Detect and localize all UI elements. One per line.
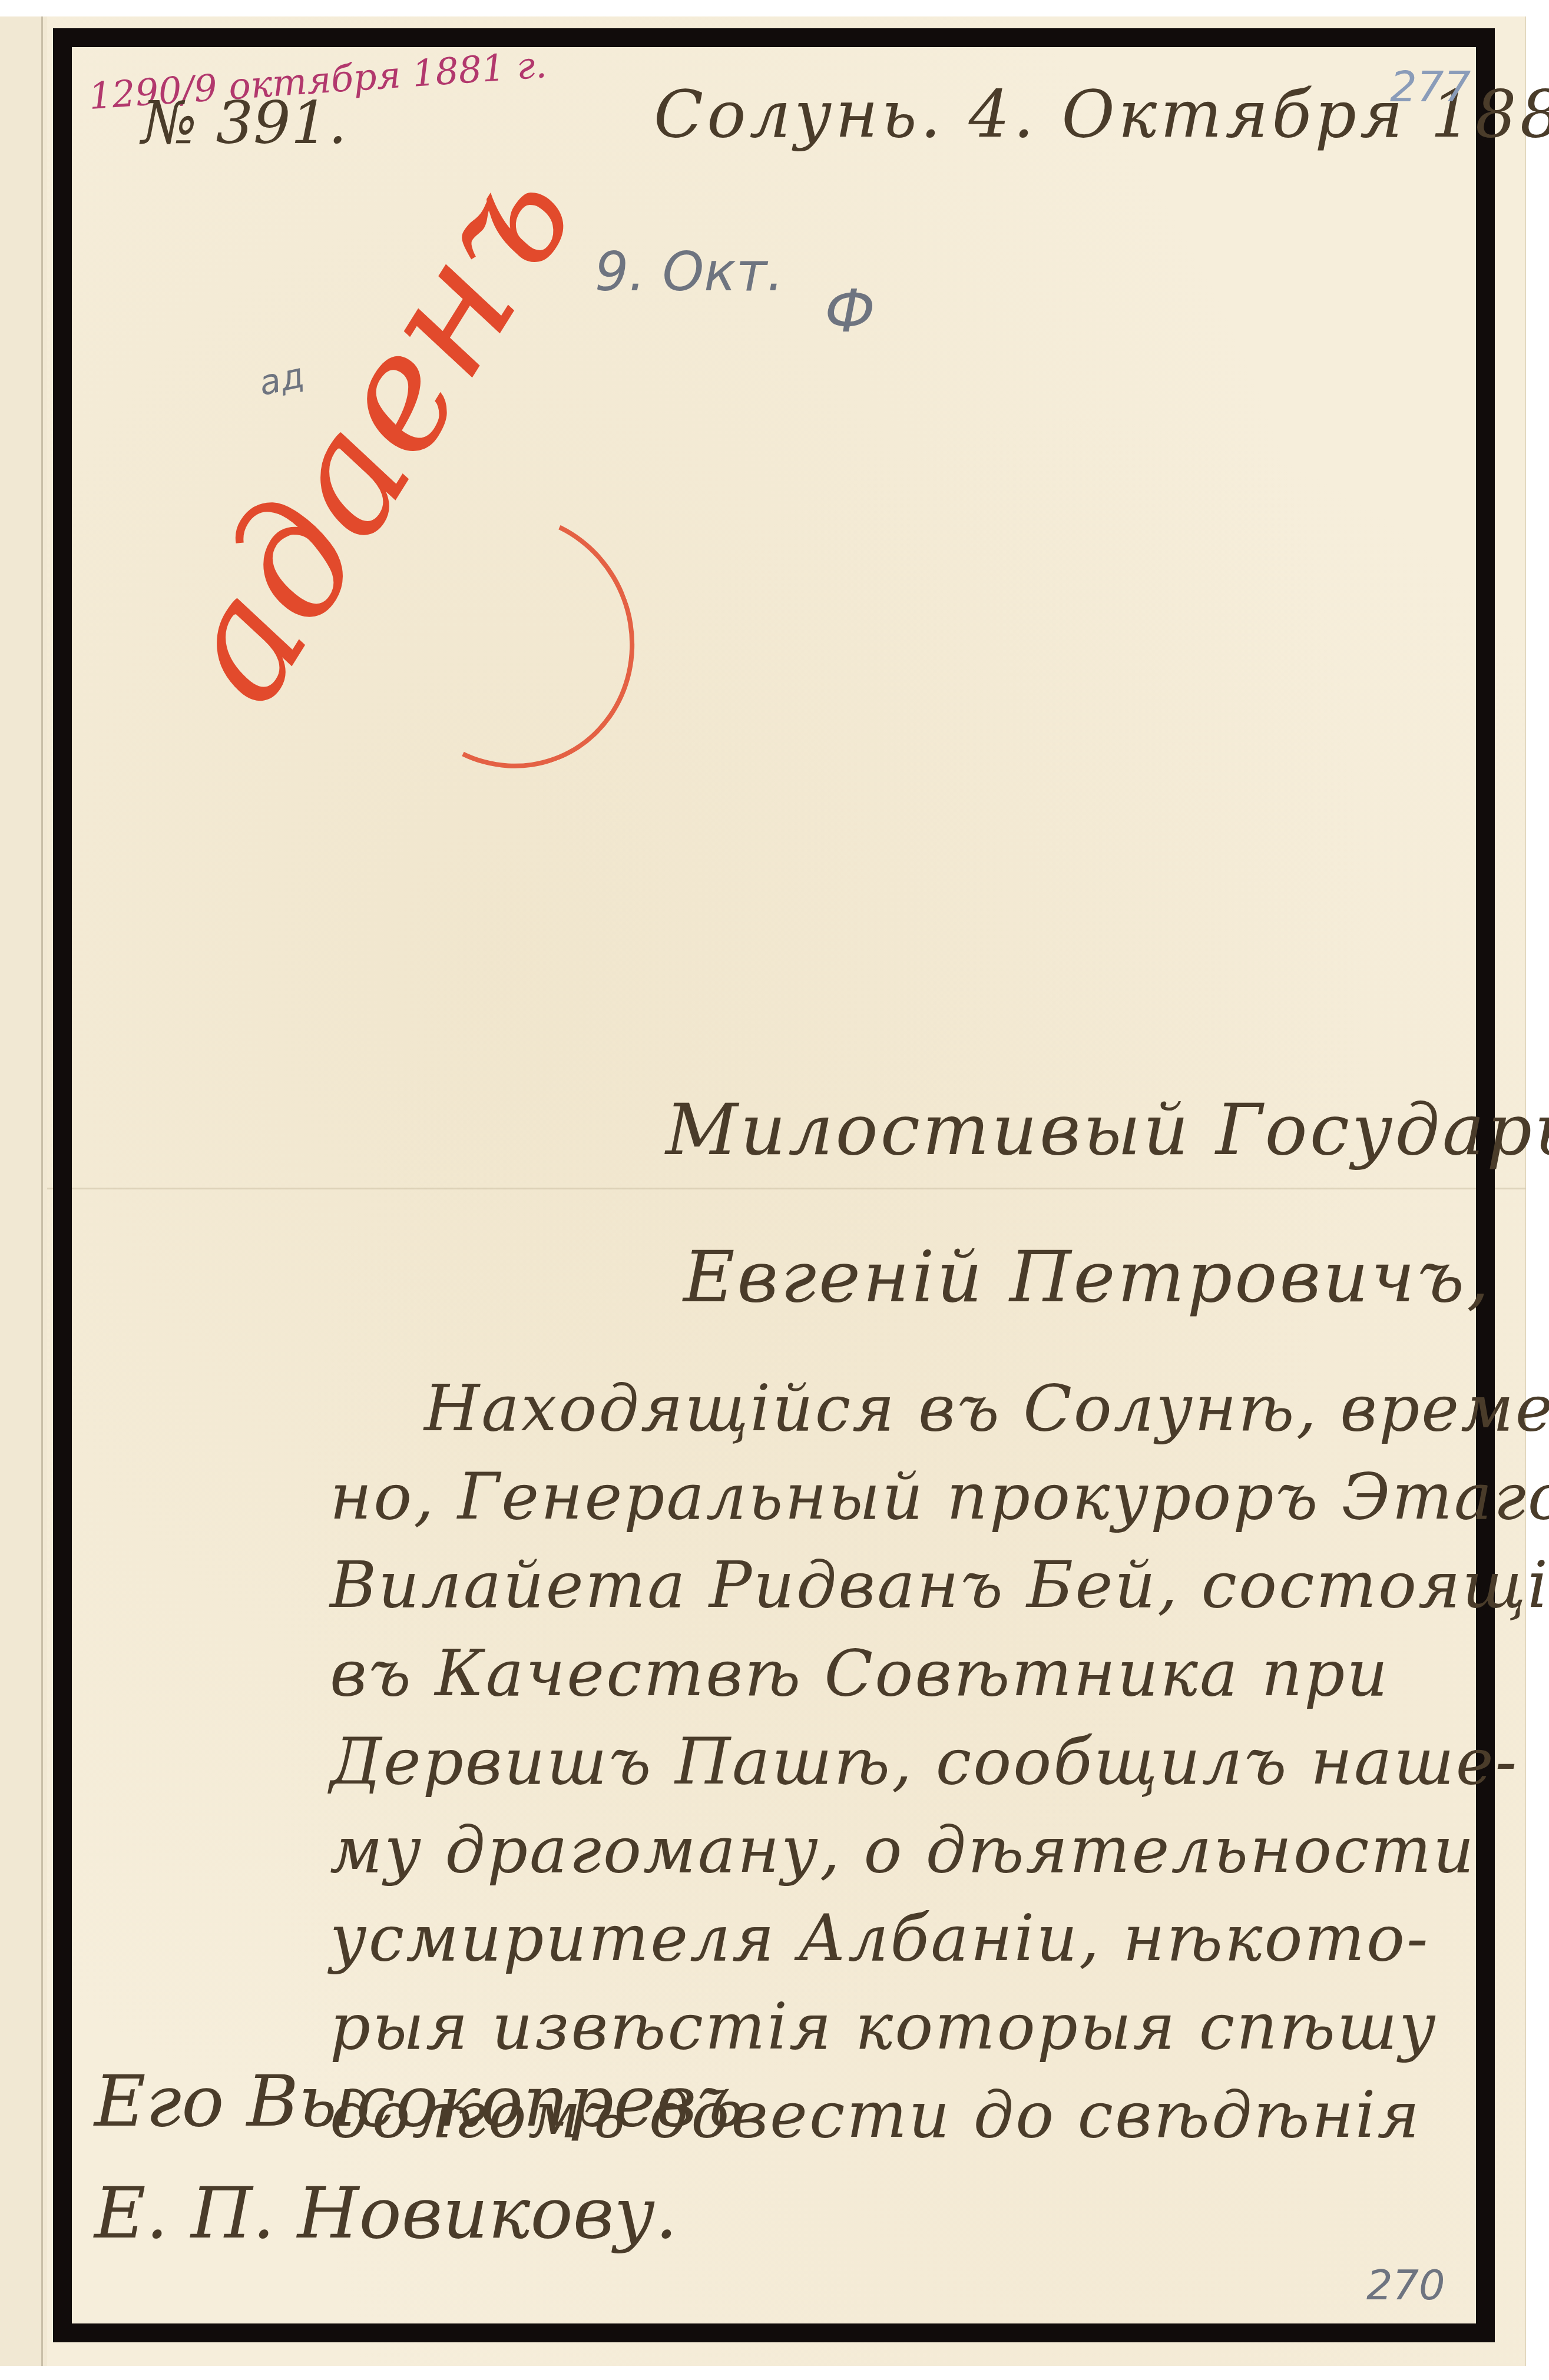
body-line: му драгоману, о дѣятельности bbox=[330, 1814, 1476, 1887]
body-line: Находящійся въ Солунѣ, времен- bbox=[424, 1372, 1549, 1446]
body-line: въ Качествѣ Совѣтника при bbox=[330, 1637, 1389, 1711]
addressee-line-2: Е. П. Новикову. bbox=[94, 2173, 677, 2255]
salutation-line-2: Евгеній Петровичъ, bbox=[683, 1237, 1491, 1318]
body-line: Вилайета Ридванъ Бей, состоящій bbox=[330, 1549, 1549, 1622]
addressee-line-1: Его Высокопревъ bbox=[94, 2061, 744, 2143]
reference-number: № 391. bbox=[141, 88, 347, 157]
body-line: Дервишъ Пашѣ, сообщилъ наше- bbox=[330, 1725, 1518, 1799]
body-line: рыя извѣстія которыя спѣшу bbox=[330, 1990, 1438, 2064]
salutation-line-1: Милостивый Государь bbox=[666, 1089, 1549, 1171]
pencil-initial-mark: Ф bbox=[825, 277, 875, 346]
body-line: но, Генеральный прокуроръ Этаго bbox=[330, 1460, 1549, 1534]
binding-fold bbox=[41, 16, 43, 2366]
pencil-date-note: 9. Окт. bbox=[595, 241, 784, 303]
archive-folio-top: 277 bbox=[1390, 62, 1471, 111]
body-line: усмирителя Албаніи, нѣкото- bbox=[330, 1902, 1429, 1975]
archive-folio-bottom: 270 bbox=[1366, 2261, 1445, 2309]
